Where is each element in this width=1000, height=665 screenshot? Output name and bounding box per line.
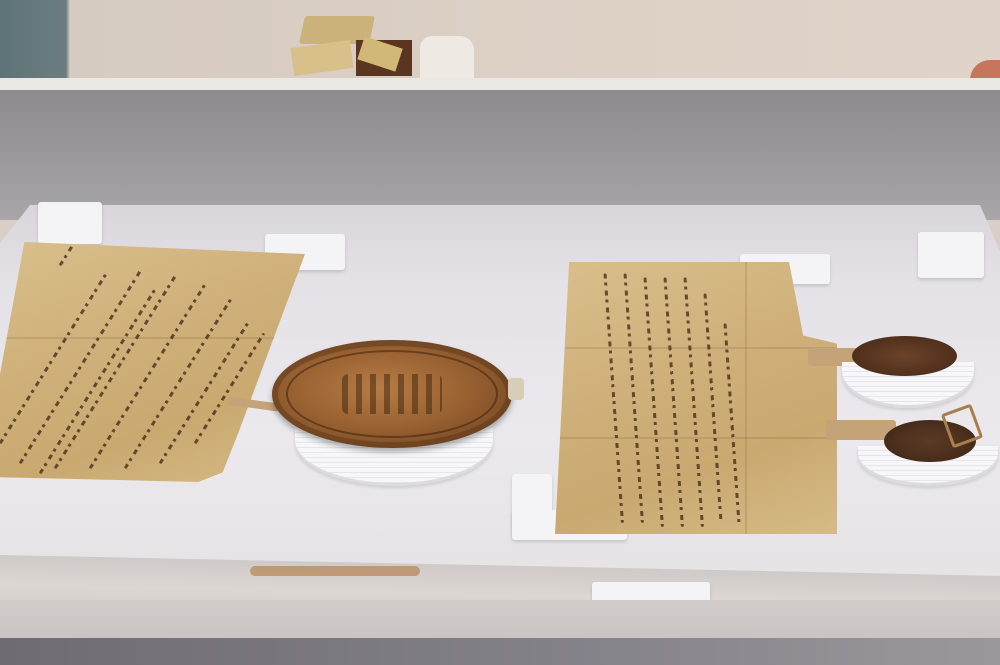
lower-drawer-rail [0,600,1000,640]
charter-right [555,262,837,534]
large-wax-seal [272,340,512,448]
drawer-back-rim [0,78,1000,90]
background-artifact [292,14,482,80]
tray-corner-clip [918,232,984,278]
background-wall [0,0,1000,90]
small-wax-seal-upper [852,336,957,376]
lower-drawer-shadow [0,638,1000,665]
display-drawer-scene [0,0,1000,665]
tray-corner-clip [38,202,102,244]
seal-cord [508,378,524,400]
drawer-back-panel [0,90,1000,220]
lower-drawer-document-edge [250,566,420,576]
